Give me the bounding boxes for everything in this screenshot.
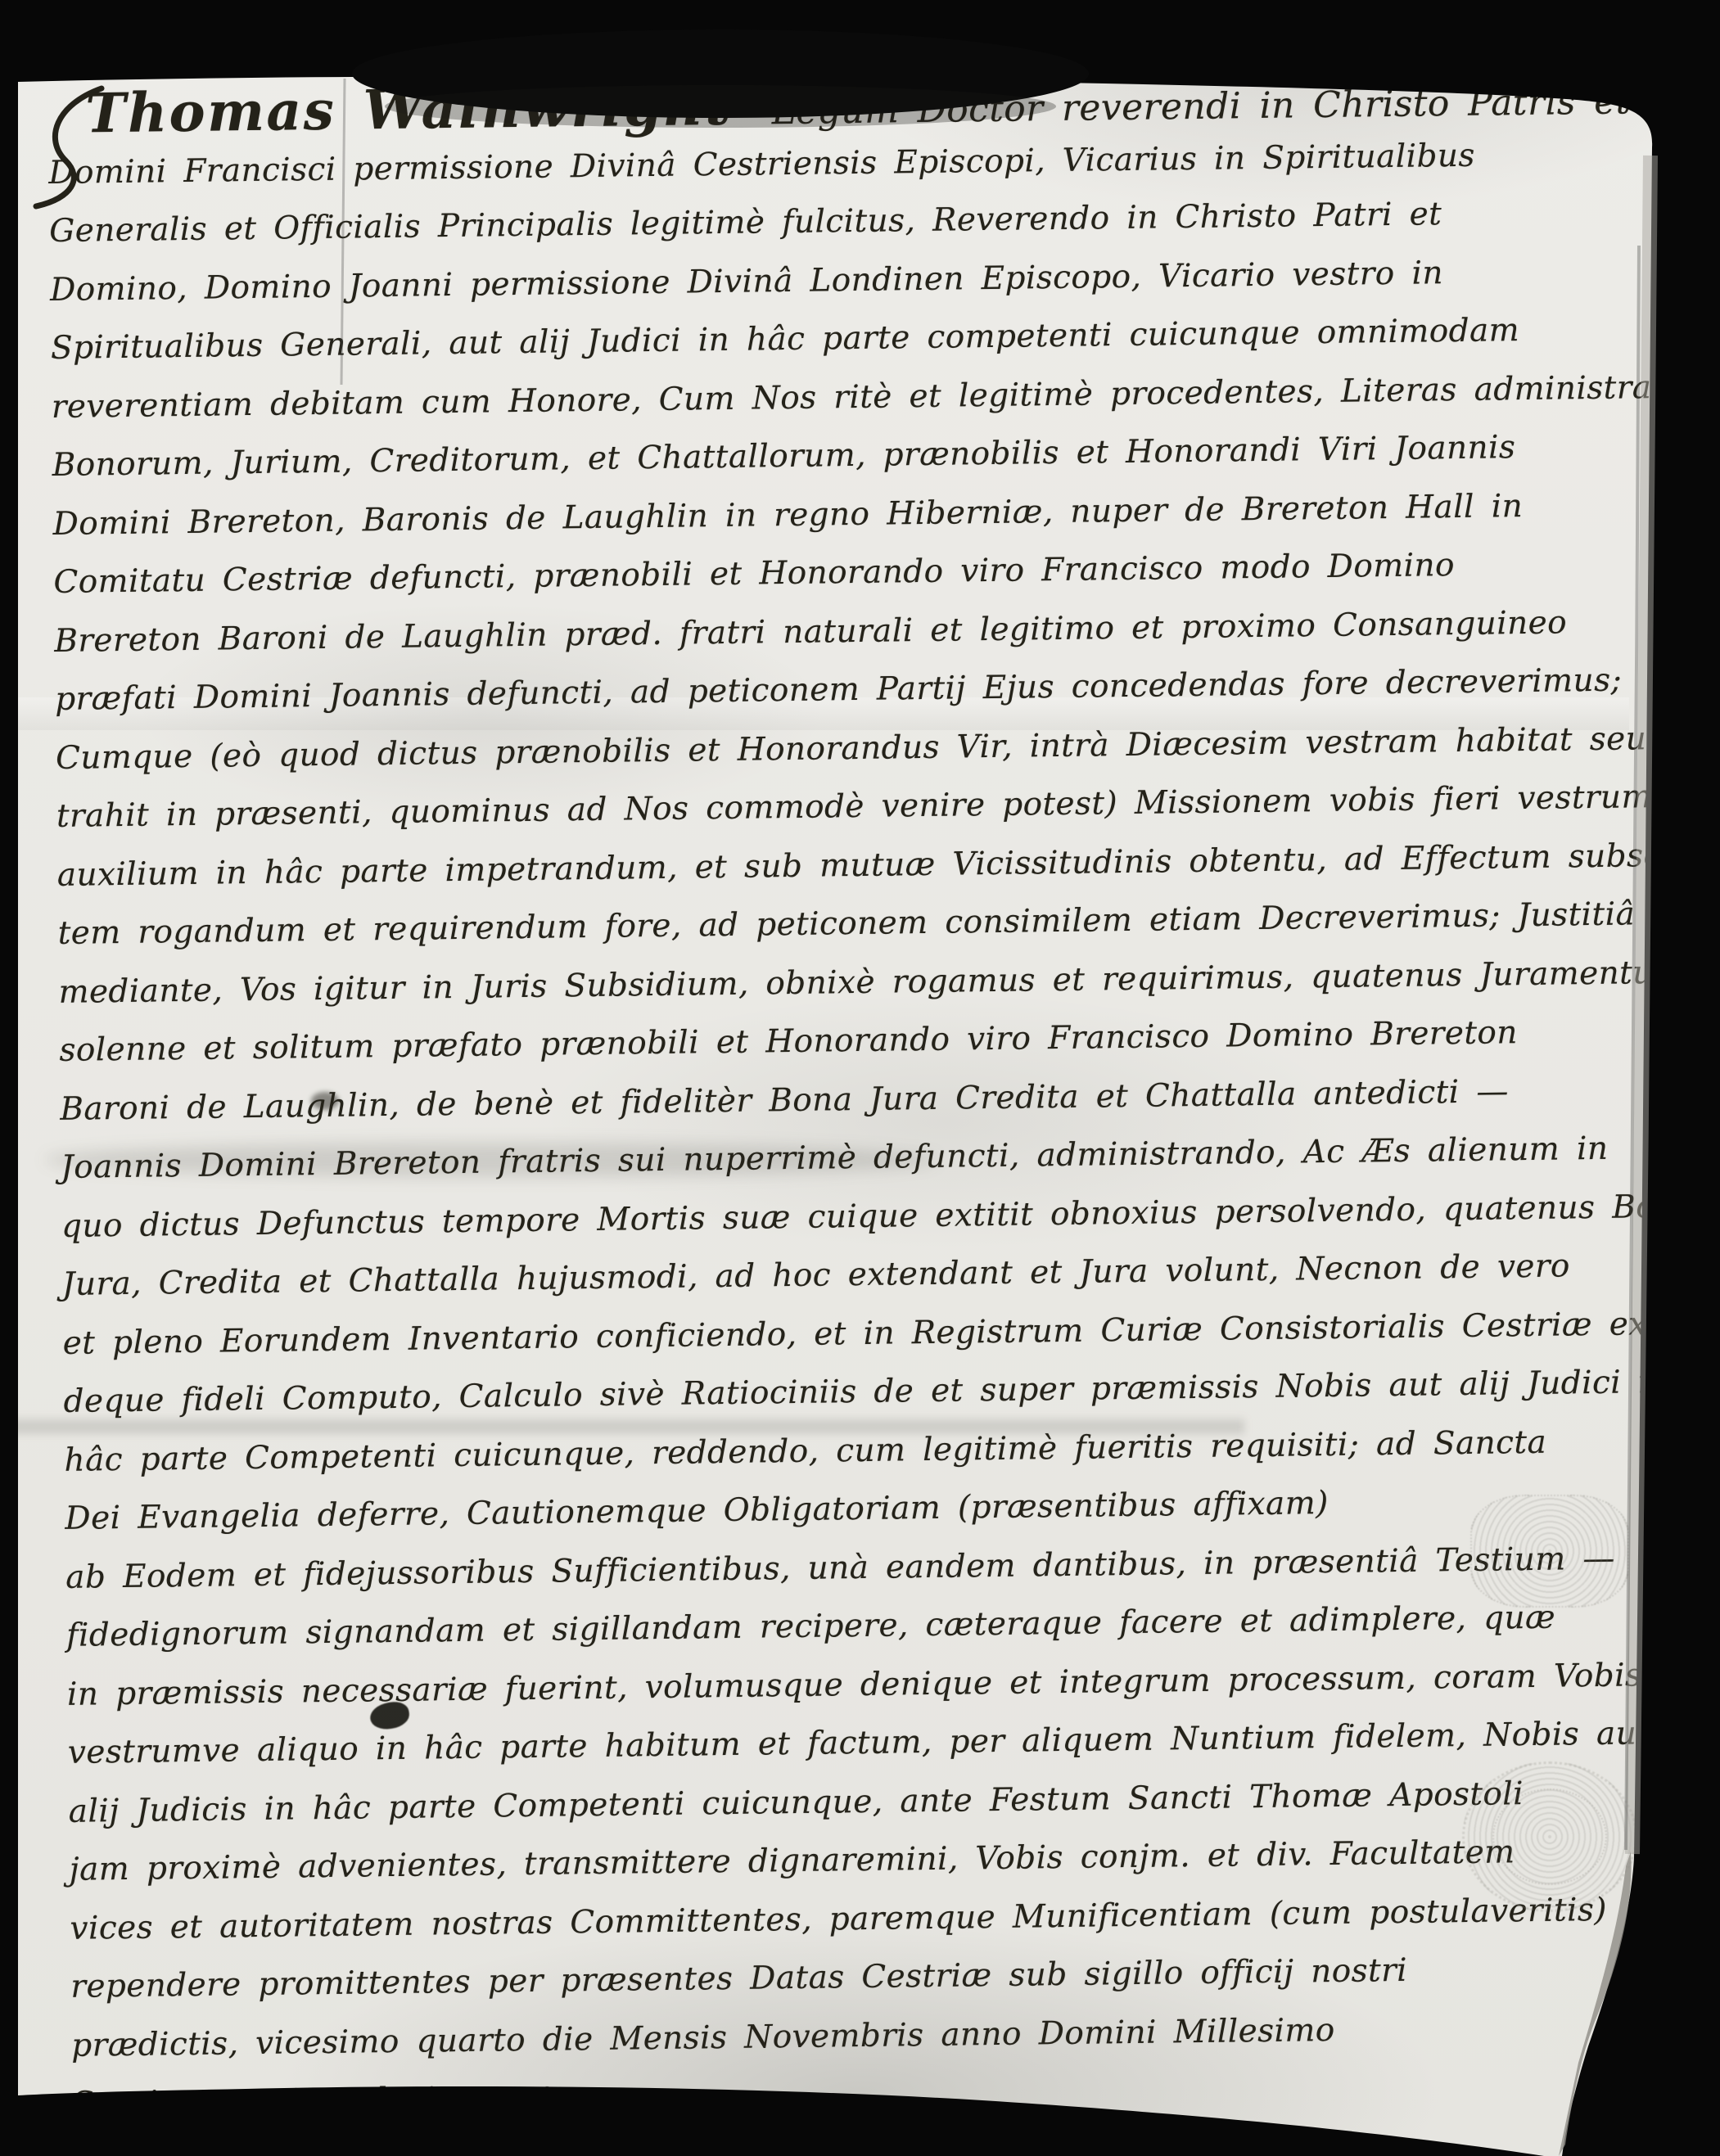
manuscript-heading-continuation: Legum Doctor reverendi in Christo Patris… (771, 79, 1720, 133)
photographed-manuscript: Thomas Wainwright Legum Doctor reverendi… (0, 0, 1720, 2156)
manuscript-text: Thomas Wainwright Legum Doctor reverendi… (47, 65, 1677, 2133)
manuscript-page: Thomas Wainwright Legum Doctor reverendi… (0, 0, 1720, 2156)
manuscript-heading: Thomas Wainwright (47, 73, 754, 146)
